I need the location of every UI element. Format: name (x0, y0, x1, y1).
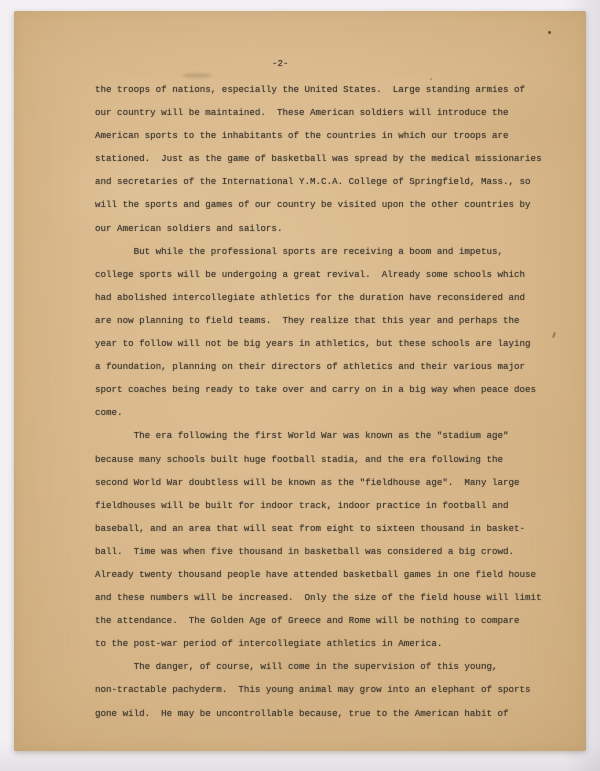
paper-smudge (183, 73, 211, 78)
document-body: the troops of nations, especially the Un… (95, 78, 570, 725)
text-line: American sports to the inhabitants of th… (95, 124, 570, 147)
paper-sheet: -2- the troops of nations, especially th… (14, 11, 586, 751)
text-line: will the sports and games of our country… (95, 193, 570, 216)
text-line: to the post-war period of intercollegiat… (95, 632, 570, 655)
text-line: Already twenty thousand people have atte… (95, 563, 570, 586)
text-line: The era following the first World War wa… (95, 424, 570, 447)
text-line: non-tractable pachyderm. This young anim… (95, 678, 570, 701)
text-line: sport coaches being ready to take over a… (95, 378, 570, 401)
page-number: -2- (272, 58, 289, 69)
text-line: the attendance. The Golden Age of Greece… (95, 609, 570, 632)
text-line: year to follow will not be big years in … (95, 332, 570, 355)
text-line: and secretaries of the International Y.M… (95, 170, 570, 193)
text-line: ball. Time was when five thousand in bas… (95, 540, 570, 563)
text-line: gone wild. He may be uncontrollable beca… (95, 702, 570, 725)
ink-speck (548, 31, 551, 34)
text-line: our country will be maintained. These Am… (95, 101, 570, 124)
text-line: our American soldiers and sailors. (95, 217, 570, 240)
text-line: fieldhouses will be built for indoor tra… (95, 494, 570, 517)
text-line: a foundation, planning on their director… (95, 355, 570, 378)
text-line: stationed. Just as the game of basketbal… (95, 147, 570, 170)
ink-speck (430, 78, 432, 80)
text-line: come. (95, 401, 570, 424)
text-line: But while the professional sports are re… (95, 240, 570, 263)
text-line: are now planning to field teams. They re… (95, 309, 570, 332)
text-line: baseball, and an area that will seat fro… (95, 517, 570, 540)
text-line: The danger, of course, will come in the … (95, 655, 570, 678)
text-line: and these numbers will be increased. Onl… (95, 586, 570, 609)
text-line: the troops of nations, especially the Un… (95, 78, 570, 101)
text-line: second World War doubtless will be known… (95, 471, 570, 494)
text-line: had abolished intercollegiate athletics … (95, 286, 570, 309)
text-line: because many schools built huge football… (95, 448, 570, 471)
scanned-document: -2- the troops of nations, especially th… (0, 0, 600, 771)
text-line: college sports will be undergoing a grea… (95, 263, 570, 286)
